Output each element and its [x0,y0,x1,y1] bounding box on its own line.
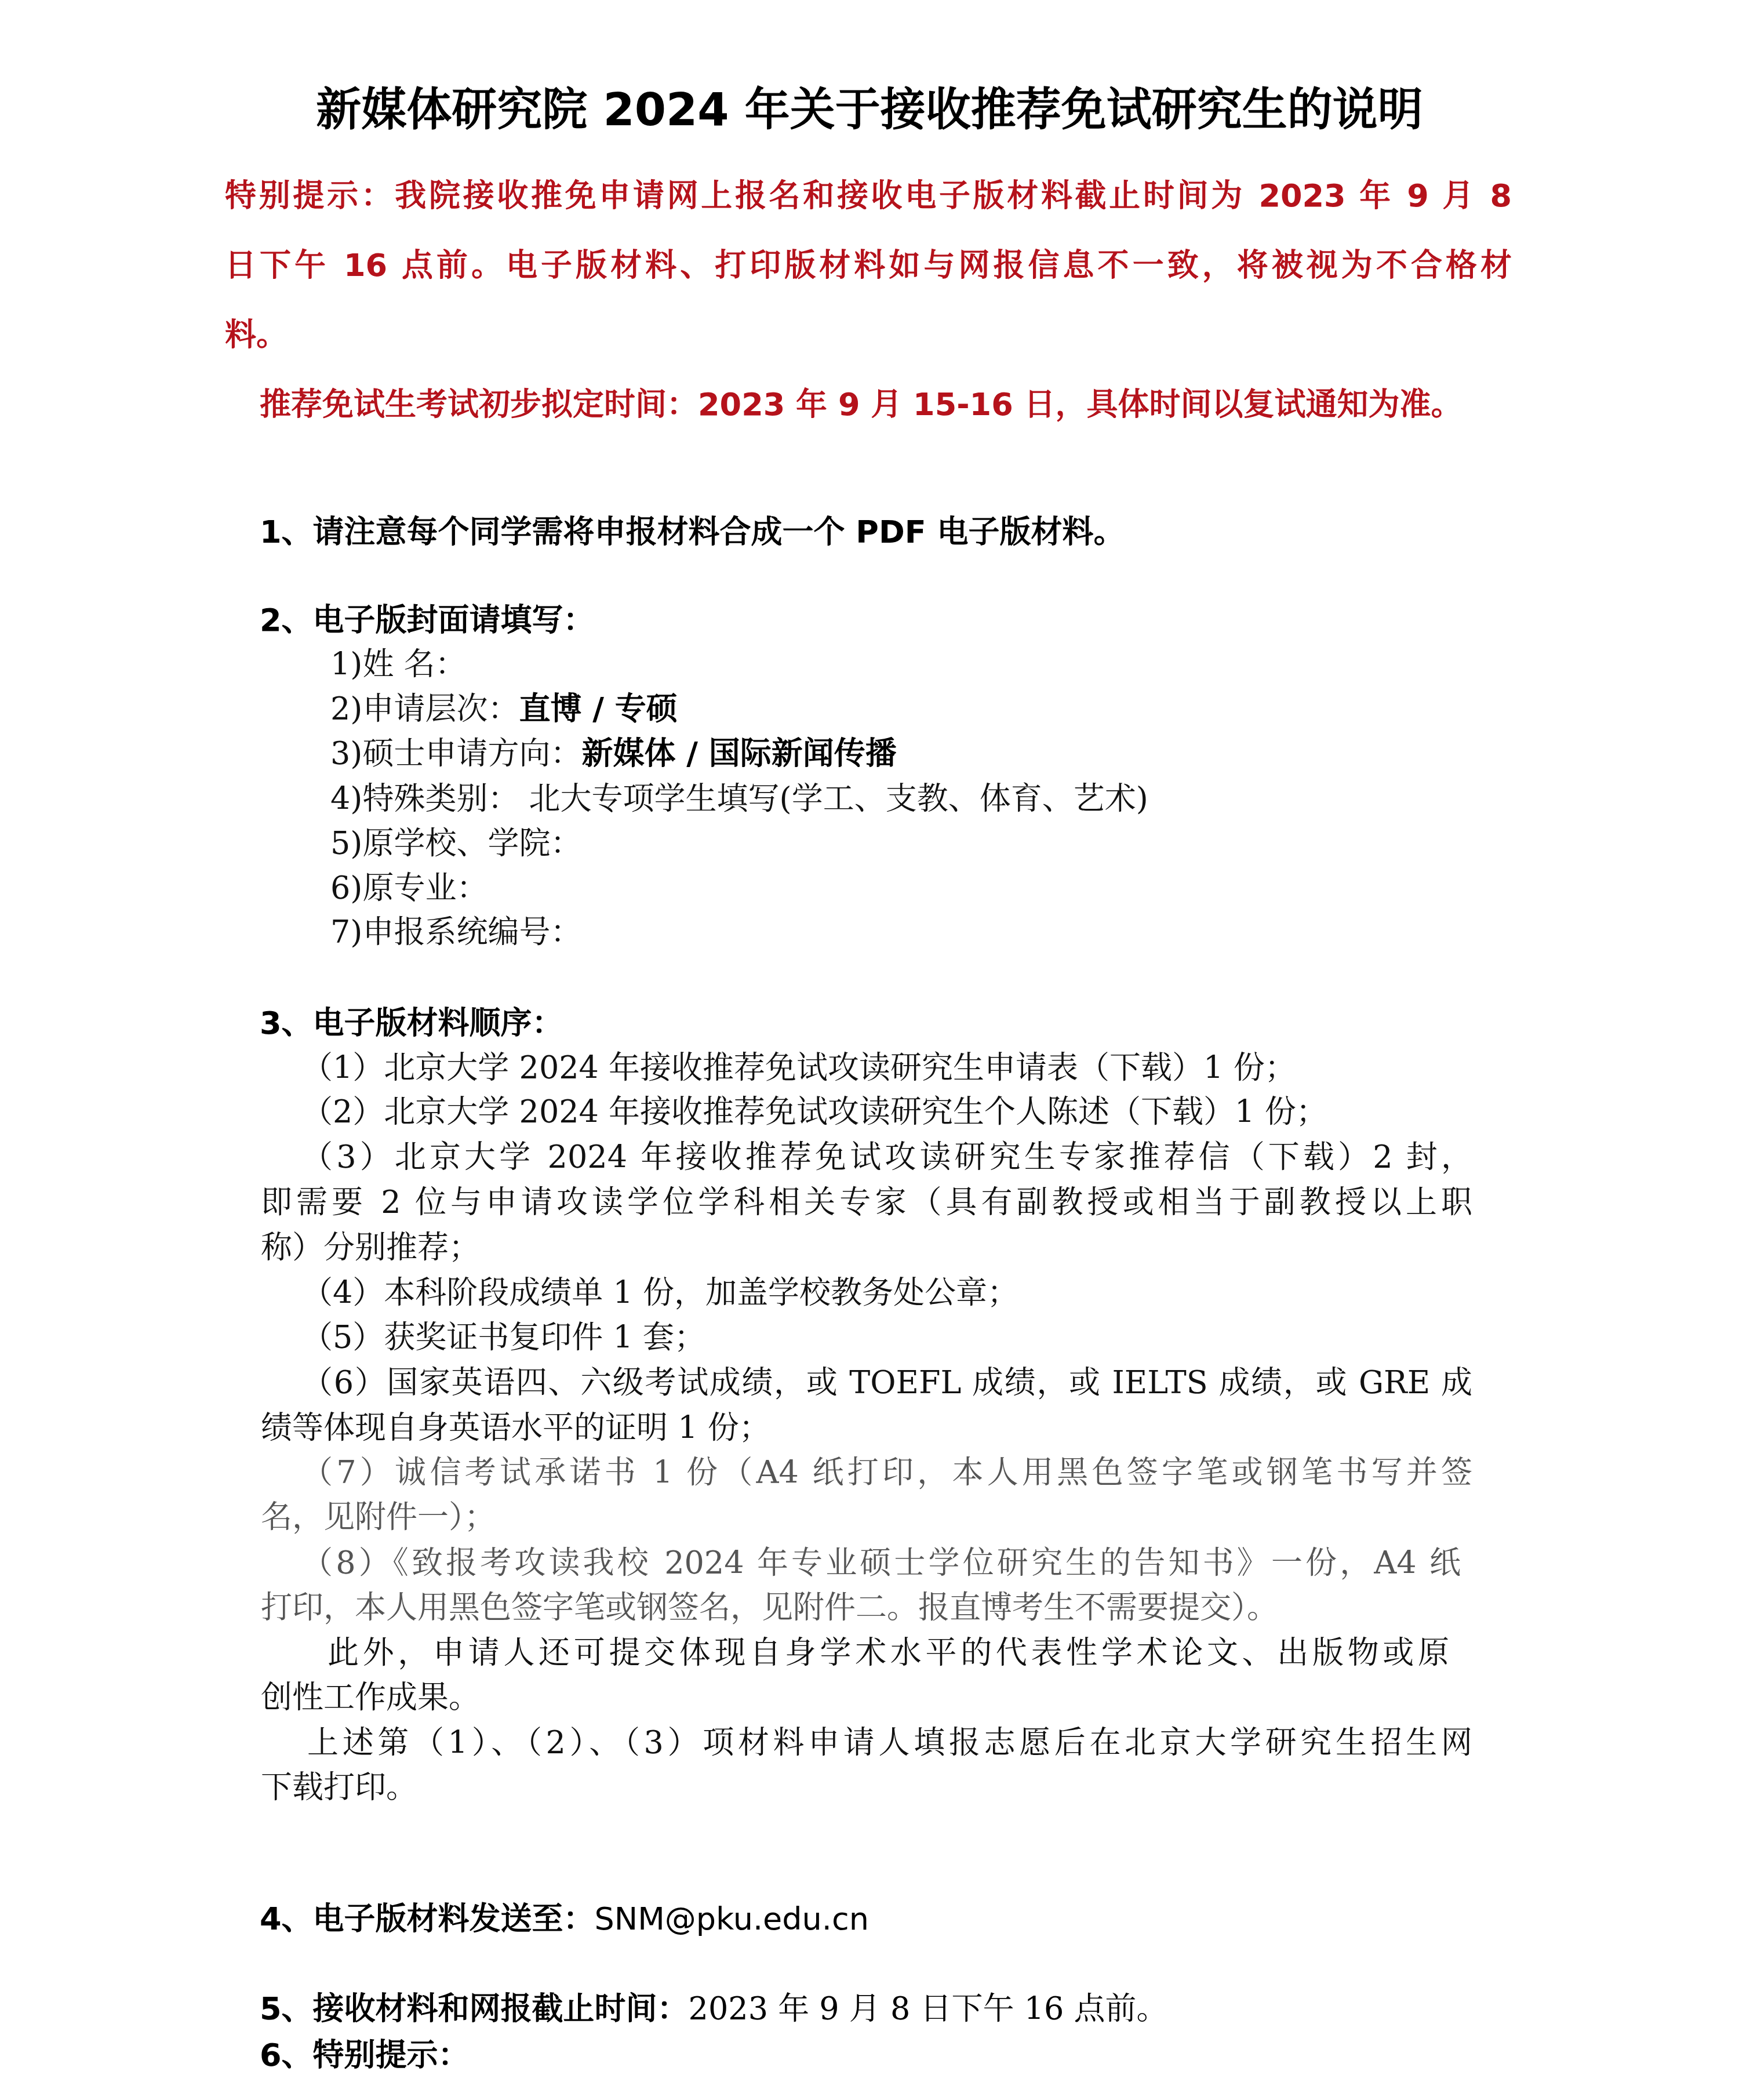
cover-field-label: 3)硕士申请方向： [330,735,581,772]
cover-field-label: 7)申报系统编号： [330,914,581,950]
section-1-heading: 1、请注意每个同学需将申报材料合成一个 PDF 电子版材料。 [260,510,1125,554]
section-3-heading: 3、电子版材料顺序： [260,1001,563,1045]
cover-field-school: 5)原学校、学院： [330,822,581,866]
material-item-1: （1）北京大学 2024 年接收推荐免试攻读研究生申请表（下载）1 份； [301,1046,1296,1090]
section-6-heading: 6、特别提示： [260,2033,470,2077]
additional-materials-note-cont: 创性工作成果。 [261,1676,480,1720]
material-item-2: （2）北京大学 2024 年接收推荐免试攻读研究生个人陈述（下载）1 份； [301,1090,1327,1134]
section-4: 4、电子版材料发送至：SNM@pku.edu.cn [260,1897,869,1941]
notice-line-2: 日下午 16 点前。电子版材料、打印版材料如与网报信息不一致，将被视为不合格材 [225,244,1512,288]
notice-line-1: 特别提示：我院接收推免申请网上报名和接收电子版材料截止时间为 2023 年 9 … [225,174,1512,218]
cover-field-value: 直博 / 专硕 [519,691,677,727]
material-item-7-cont: 名，见附件一）； [261,1495,496,1539]
additional-materials-note: 此外，申请人还可提交体现自身学术水平的代表性学术论文、出版物或原 [328,1631,1449,1675]
cover-field-major: 6)原专业： [330,866,487,910]
download-note-cont: 下载打印。 [261,1765,417,1810]
material-item-7: （7）诚信考试承诺书 1 份（A4 纸打印，本人用黑色签字笔或钢笔书写并签 [301,1451,1472,1495]
material-item-3: （3）北京大学 2024 年接收推荐免试攻读研究生专家推荐信（下载）2 封， [301,1135,1472,1179]
download-note: 上述第（1）、（2）、（3）项材料申请人填报志愿后在北京大学研究生招生网 [307,1721,1472,1765]
material-item-6-cont: 绩等体现自身英语水平的证明 1 份； [261,1406,770,1450]
material-item-8-cont: 打印，本人用黑色签字笔或钢签名，见附件二。报直博考生不需要提交）。 [261,1586,1278,1630]
notice-exam-time: 推荐免试生考试初步拟定时间：2023 年 9 月 15-16 日，具体时间以复试… [260,383,1462,427]
cover-field-special-category: 4)特殊类别： 北大专项学生填写(学工、支教、体育、艺术) [330,777,1148,821]
material-item-8: （8）《致报考攻读我校 2024 年专业硕士学位研究生的告知书》一份，A4 纸 [301,1541,1461,1585]
section-5: 5、接收材料和网报截止时间：2023 年 9 月 8 日下午 16 点前。 [260,1987,1168,2031]
cover-field-label: 1)姓 名： [330,646,467,682]
material-item-4: （4）本科阶段成绩单 1 份，加盖学校教务处公章； [301,1271,1018,1315]
cover-field-level: 2)申请层次：直博 / 专硕 [330,687,678,731]
cover-field-value: 新媒体 / 国际新闻传播 [581,735,896,772]
section-2-heading: 2、电子版封面请填写： [260,598,595,642]
material-item-6: （6）国家英语四、六级考试成绩，或 TOEFL 成绩，或 IELTS 成绩，或 … [301,1361,1472,1405]
deadline-value: 2023 年 9 月 8 日下午 16 点前。 [689,1990,1168,2027]
cover-field-label: 2)申请层次： [330,691,519,727]
email-link[interactable]: SNM@pku.edu.cn [595,1901,869,1937]
section-5-heading: 5、接收材料和网报截止时间： [260,1990,689,2027]
cover-field-label: 5)原学校、学院： [330,825,581,862]
cover-field-name: 1)姓 名： [330,642,467,686]
cover-field-label: 6)原专业： [330,870,487,906]
material-item-3-cont: 即需要 2 位与申请攻读学位学科相关专家（具有副教授或相当于副教授以上职 [261,1180,1472,1225]
notice-line-3: 料。 [225,313,288,357]
cover-field-direction: 3)硕士申请方向：新媒体 / 国际新闻传播 [330,732,897,776]
section-4-heading: 4、电子版材料发送至： [260,1901,595,1937]
material-item-5: （5）获奖证书复印件 1 套； [301,1316,705,1360]
page-title: 新媒体研究院 2024 年关于接收推荐免试研究生的说明 [0,81,1739,139]
cover-field-system-id: 7)申报系统编号： [330,910,581,954]
material-item-3-cont2: 称）分别推荐； [261,1226,480,1270]
cover-field-label: 4)特殊类别： 北大专项学生填写(学工、支教、体育、艺术) [330,780,1148,817]
